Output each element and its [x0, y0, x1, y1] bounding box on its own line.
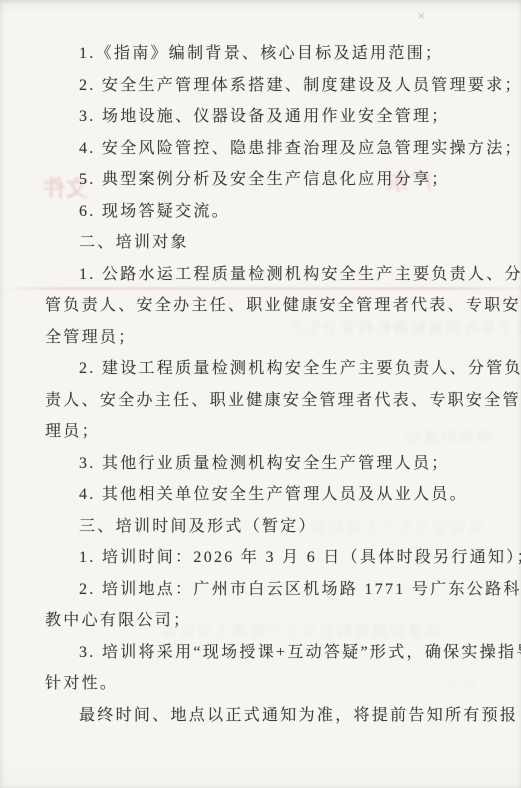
doc-line: 6. 现场答疑交流。	[45, 196, 491, 228]
doc-line: 管负责人、安全办主任、职业健康安全管理者代表、专职安	[45, 290, 491, 322]
doc-line: 1. 公路水运工程质量检测机构安全生产主要负责人、分	[45, 259, 491, 291]
document-body: 1.《指南》编制背景、核心目标及适用范围； 2. 安全生产管理体系搭建、制度建设…	[45, 38, 491, 731]
doc-line: 1. 培训时间：2026 年 3 月 6 日（具体时段另行通知）；	[45, 542, 491, 574]
doc-line: 5. 典型案例分析及安全生产信息化应用分享；	[45, 164, 491, 196]
doc-line: 3. 培训将采用“现场授课+互动答疑”形式，确保实操指导	[45, 637, 491, 669]
doc-line: 理员；	[45, 416, 491, 448]
doc-line: 教中心有限公司；	[45, 605, 491, 637]
doc-line: 最终时间、地点以正式通知为准，将提前告知所有预报	[45, 700, 491, 732]
doc-line: 3. 其他行业质量检测机构安全生产管理人员；	[45, 448, 491, 480]
doc-line: 2. 建设工程质量检测机构安全生产主要负责人、分管负	[45, 353, 491, 385]
doc-line: 针对性。	[45, 668, 491, 700]
doc-line: 1.《指南》编制背景、核心目标及适用范围；	[45, 38, 491, 70]
doc-line: 全管理员；	[45, 322, 491, 354]
section-heading-training-targets: 二、培训对象	[45, 227, 491, 259]
doc-line: 4. 安全风险管控、隐患排查治理及应急管理实操方法；	[45, 133, 491, 165]
doc-line: 4. 其他相关单位安全生产管理人员及从业人员。	[45, 479, 491, 511]
doc-line: 2. 培训地点：广州市白云区机场路 1771 号广东公路科	[45, 574, 491, 606]
doc-line: 责人、安全办主任、职业健康安全管理者代表、专职安全管	[45, 385, 491, 417]
section-heading-training-time: 三、培训时间及形式（暂定）	[45, 511, 491, 543]
doc-line: 3. 场地设施、仪器设备及通用作业安全管理；	[45, 101, 491, 133]
scan-speck: ×	[417, 11, 425, 22]
scanned-document-page: 文件 广东 关于举办质量检测机构安全生产 通知 培训的通知 机构安全生产专题培训…	[0, 0, 521, 788]
doc-line: 2. 安全生产管理体系搭建、制度建设及人员管理要求；	[45, 70, 491, 102]
